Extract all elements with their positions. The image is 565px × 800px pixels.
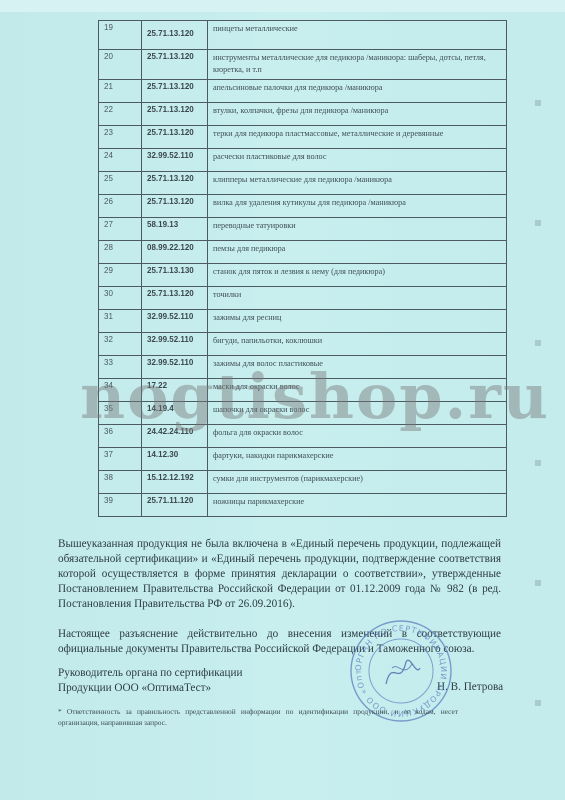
okpd-code: 32.99.52.110: [142, 148, 208, 171]
product-description: переводные татуировки: [208, 217, 507, 240]
signatory-title: Руководитель органа по сертификации Прод…: [58, 666, 242, 696]
product-description: клипперы металлические для педикюра /ман…: [208, 171, 507, 194]
row-number: 24: [99, 148, 142, 171]
table-row: 3925.71.11.120ножницы парикмахерские: [99, 493, 507, 516]
table-row: 3417.22маски для окраски волос: [99, 378, 507, 401]
okpd-code: 32.99.52.110: [142, 309, 208, 332]
table-row: 3132.99.52.110зажимы для ресниц: [99, 309, 507, 332]
okpd-code: 32.99.52.110: [142, 355, 208, 378]
product-description: расчески пластиковые для волос: [208, 148, 507, 171]
product-description: пинцеты металлические: [208, 21, 507, 50]
product-description: станок для пяток и лезвия к нему (для пе…: [208, 263, 507, 286]
okpd-code: 08.99.22.120: [142, 240, 208, 263]
okpd-code: 25.71.13.120: [142, 102, 208, 125]
okpd-code: 25.71.13.120: [142, 194, 208, 217]
okpd-code: 58.19.13: [142, 217, 208, 240]
okpd-code: 25.71.13.120: [142, 21, 208, 50]
table-row: 2808.99.22.120пемзы для педикюра: [99, 240, 507, 263]
product-description: сумки для инструментов (парикмахерские): [208, 470, 507, 493]
row-number: 32: [99, 332, 142, 355]
table-row: 2025.71.13.120инструменты металлические …: [99, 50, 507, 80]
okpd-code: 14.12.30: [142, 447, 208, 470]
table-row: 3714.12.30фартуки, накидки парикмахерски…: [99, 447, 507, 470]
product-description: инструменты металлические для педикюра /…: [208, 50, 507, 80]
product-description: втулки, колпачки, фрезы для педикюра /ма…: [208, 102, 507, 125]
product-description: фольга для окраски волос: [208, 424, 507, 447]
table-row: 2925.71.13.130станок для пяток и лезвия …: [99, 263, 507, 286]
row-number: 39: [99, 493, 142, 516]
okpd-code: 17.22: [142, 378, 208, 401]
signatory-title-line-2: Продукции ООО «ОптимаТест»: [58, 681, 242, 696]
row-number: 21: [99, 79, 142, 102]
row-number: 35: [99, 401, 142, 424]
product-description: фартуки, накидки парикмахерские: [208, 447, 507, 470]
table-row: 3514.19.4шапочки для окраски волос: [99, 401, 507, 424]
okpd-code: 25.71.13.130: [142, 263, 208, 286]
product-description: вилка для удаления кутикулы для педикюра…: [208, 194, 507, 217]
okpd-code: 24.42.24.110: [142, 424, 208, 447]
okpd-code: 25.71.13.120: [142, 286, 208, 309]
row-number: 29: [99, 263, 142, 286]
product-description: пемзы для педикюра: [208, 240, 507, 263]
product-description: зажимы для ресниц: [208, 309, 507, 332]
okpd-code: 25.71.13.120: [142, 50, 208, 80]
okpd-code: 14.19.4: [142, 401, 208, 424]
row-number: 28: [99, 240, 142, 263]
row-number: 19: [99, 21, 142, 50]
footnote: * Ответственность за правильность предст…: [58, 706, 458, 728]
table-row: 2225.71.13.120втулки, колпачки, фрезы дл…: [99, 102, 507, 125]
table-row: 2325.71.13.120терки для педикюра пластма…: [99, 125, 507, 148]
table-row: 3025.71.13.120точилки: [99, 286, 507, 309]
table-row: 2432.99.52.110расчески пластиковые для в…: [99, 148, 507, 171]
table-row: 3232.99.52.110бигуди, папильотки, коклюш…: [99, 332, 507, 355]
row-number: 33: [99, 355, 142, 378]
product-description: зажимы для волос пластиковые: [208, 355, 507, 378]
okpd-code: 25.71.13.120: [142, 79, 208, 102]
product-description: ножницы парикмахерские: [208, 493, 507, 516]
signatory-title-line-1: Руководитель органа по сертификации: [58, 666, 242, 681]
table-row: 3815.12.12.192сумки для инструментов (па…: [99, 470, 507, 493]
okpd-code: 25.71.13.120: [142, 125, 208, 148]
product-description: бигуди, папильотки, коклюшки: [208, 332, 507, 355]
products-table: 1925.71.13.120пинцеты металлические2025.…: [98, 20, 507, 517]
product-description: точилки: [208, 286, 507, 309]
table-row: 2525.71.13.120клипперы металлические для…: [99, 171, 507, 194]
row-number: 22: [99, 102, 142, 125]
table-row: 2625.71.13.120вилка для удаления кутикул…: [99, 194, 507, 217]
product-description: шапочки для окраски волос: [208, 401, 507, 424]
document-page: 1925.71.13.120пинцеты металлические2025.…: [0, 0, 565, 800]
table-row: 3332.99.52.110зажимы для волос пластиков…: [99, 355, 507, 378]
row-number: 34: [99, 378, 142, 401]
row-number: 30: [99, 286, 142, 309]
row-number: 26: [99, 194, 142, 217]
row-number: 27: [99, 217, 142, 240]
row-number: 36: [99, 424, 142, 447]
table-row: 1925.71.13.120пинцеты металлические: [99, 21, 507, 50]
row-number: 38: [99, 470, 142, 493]
signatory-name: Н. В. Петрова: [437, 681, 503, 693]
table-row: 2125.71.13.120апельсиновые палочки для п…: [99, 79, 507, 102]
validity-paragraph: Настоящее разъяснение действительно до в…: [58, 627, 501, 657]
table-row: 3624.42.24.110фольга для окраски волос: [99, 424, 507, 447]
okpd-code: 25.71.11.120: [142, 493, 208, 516]
table-row: 2758.19.13переводные татуировки: [99, 217, 507, 240]
row-number: 37: [99, 447, 142, 470]
exclusion-paragraph: Вышеуказанная продукция не была включена…: [58, 537, 501, 612]
scan-top-edge: [0, 0, 565, 12]
product-description: апельсиновые палочки для педикюра /маник…: [208, 79, 507, 102]
row-number: 23: [99, 125, 142, 148]
product-description: терки для педикюра пластмассовые, металл…: [208, 125, 507, 148]
okpd-code: 15.12.12.192: [142, 470, 208, 493]
row-number: 25: [99, 171, 142, 194]
scan-edge-marks: [535, 40, 541, 780]
row-number: 31: [99, 309, 142, 332]
okpd-code: 32.99.52.110: [142, 332, 208, 355]
row-number: 20: [99, 50, 142, 80]
product-description: маски для окраски волос: [208, 378, 507, 401]
okpd-code: 25.71.13.120: [142, 171, 208, 194]
